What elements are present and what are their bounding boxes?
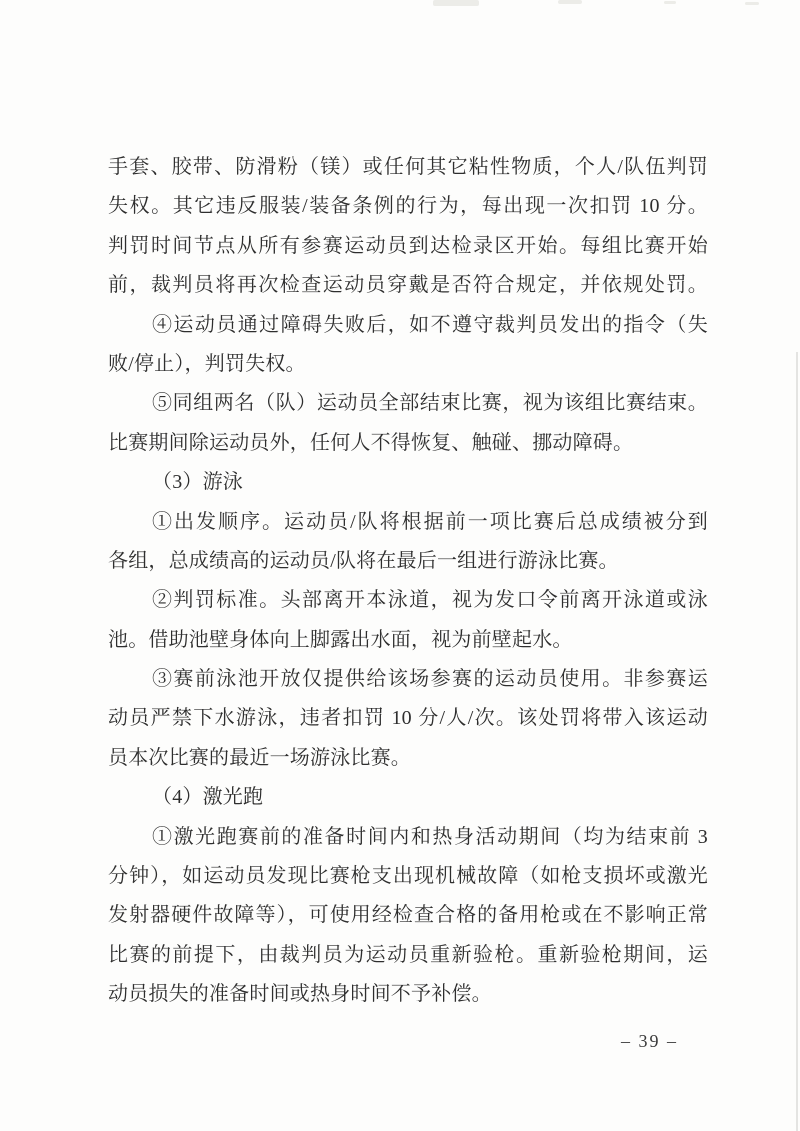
document-body: 手套、胶带、防滑粉（镁）或任何其它粘性物质，个人/队伍判罚 失权。其它违反服装/… xyxy=(108,148,708,1015)
document-page: 手套、胶带、防滑粉（镁）或任何其它粘性物质，个人/队伍判罚 失权。其它违反服装/… xyxy=(0,0,800,1131)
scan-edge-artifact xyxy=(796,352,798,1131)
text-line: 池。借助池壁身体向上脚露出水面，视为前壁起水。 xyxy=(108,621,708,660)
scan-smudge xyxy=(433,0,479,6)
text-line: 动员损失的准备时间或热身时间不予补偿。 xyxy=(108,975,708,1014)
text-line: ③赛前泳池开放仅提供给该场参赛的运动员使用。非参赛运 xyxy=(108,660,708,699)
text-line: ①激光跑赛前的准备时间内和热身活动期间（均为结束前 3 xyxy=(108,818,708,857)
text-line: ⑤同组两名（队）运动员全部结束比赛，视为该组比赛结束。 xyxy=(108,384,708,423)
page-number: – 39 – xyxy=(621,1031,678,1052)
text-line: ①出发顺序。运动员/队将根据前一项比赛后总成绩被分到 xyxy=(108,503,708,542)
scan-smudge xyxy=(664,1,676,4)
text-line: 手套、胶带、防滑粉（镁）或任何其它粘性物质，个人/队伍判罚 xyxy=(108,148,708,187)
scan-smudge xyxy=(558,0,582,4)
text-line: ④运动员通过障碍失败后，如不遵守裁判员发出的指令（失 xyxy=(108,306,708,345)
text-line: 员本次比赛的最近一场游泳比赛。 xyxy=(108,739,708,778)
text-line section-heading: （4）激光跑 xyxy=(108,778,708,817)
text-line: 分钟），如运动员发现比赛枪支出现机械故障（如枪支损坏或激光 xyxy=(108,857,708,896)
text-line: 败/停止），判罚失权。 xyxy=(108,345,708,384)
text-line: 判罚时间节点从所有参赛运动员到达检录区开始。每组比赛开始 xyxy=(108,227,708,266)
text-line: 失权。其它违反服装/装备条例的行为，每出现一次扣罚 10 分。 xyxy=(108,187,708,226)
text-line: 比赛的前提下，由裁判员为运动员重新验枪。重新验枪期间，运 xyxy=(108,936,708,975)
text-line: 各组，总成绩高的运动员/队将在最后一组进行游泳比赛。 xyxy=(108,542,708,581)
text-line: ②判罚标准。头部离开本泳道，视为发口令前离开泳道或泳 xyxy=(108,581,708,620)
scan-smudge xyxy=(745,2,759,5)
text-line: 发射器硬件故障等），可使用经检查合格的备用枪或在不影响正常 xyxy=(108,896,708,935)
text-line: 动员严禁下水游泳，违者扣罚 10 分/人/次。该处罚将带入该运动 xyxy=(108,699,708,738)
text-line: 前，裁判员将再次检查运动员穿戴是否符合规定，并依规处罚。 xyxy=(108,266,708,305)
text-line section-heading: （3）游泳 xyxy=(108,463,708,502)
text-line: 比赛期间除运动员外，任何人不得恢复、触碰、挪动障碍。 xyxy=(108,424,708,463)
